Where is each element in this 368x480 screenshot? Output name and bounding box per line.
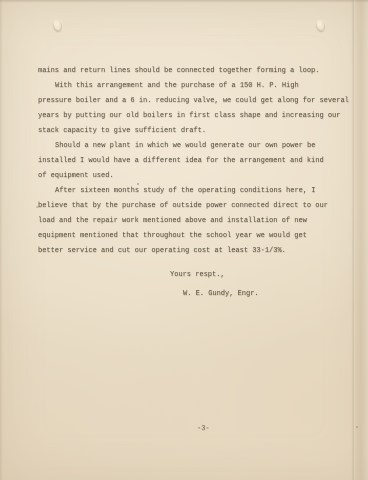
letter-line: After sixteen months study of the operat… bbox=[38, 184, 354, 199]
letter-line: of equipment used. bbox=[38, 169, 354, 184]
letter-line: mains and return lines should be connect… bbox=[38, 64, 354, 79]
letter-line: With this arrangement and the purchase o… bbox=[38, 79, 354, 94]
letter-line: Should a new plant in which we would gen… bbox=[38, 139, 354, 154]
letter-line: better service and cut our operating cos… bbox=[38, 244, 354, 259]
letter-line: years by putting our old boilers in firs… bbox=[38, 109, 354, 124]
letter-line: equipment mentioned that throughout the … bbox=[38, 229, 354, 244]
page-number: -3- bbox=[197, 424, 210, 434]
letter-line: believe that by the purchase of outside … bbox=[38, 199, 354, 214]
scanned-letter-page: mains and return lines should be connect… bbox=[0, 0, 368, 480]
letter-body: mains and return lines should be connect… bbox=[38, 64, 354, 259]
letter-line: load and the repair work mentioned above… bbox=[38, 214, 354, 229]
letter-line: pressure boiler and a 6 in. reducing val… bbox=[38, 94, 354, 109]
letter-closing: Yours respt., bbox=[170, 269, 225, 281]
letter-line: installed I would have a different idea … bbox=[38, 154, 354, 169]
letter-signature: W. E. Gundy, Engr. bbox=[183, 288, 259, 300]
letter-line: stack capacity to give sufficient draft. bbox=[38, 124, 354, 139]
paper-speck bbox=[356, 426, 358, 428]
